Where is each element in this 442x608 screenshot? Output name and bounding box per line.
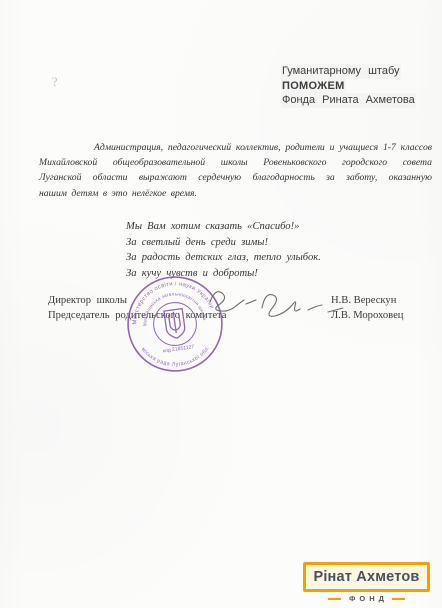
recipient-line-3: Фонда Рината Ахметова bbox=[281, 93, 416, 108]
logo-subtitle-row: ФОНД bbox=[303, 594, 430, 603]
rinat-akhmetov-foundation-logo: Рінат Ахметов ФОНД bbox=[303, 562, 430, 603]
body-line: Администрация, педагогический коллектив,… bbox=[39, 140, 432, 155]
body-line: Луганской области выражают сердечную бла… bbox=[39, 170, 432, 185]
body-line: Михайловской общеобразовательной школы Р… bbox=[39, 155, 432, 170]
body-line: нашим детям в это нелёгкое время. bbox=[39, 186, 432, 201]
signature-title-director: Директор школы bbox=[48, 295, 127, 306]
signature-stroke-tail bbox=[308, 305, 322, 310]
pencil-question-mark: ? bbox=[51, 74, 58, 90]
thanks-line: Мы Вам хотим сказать «Спасибо!» bbox=[126, 219, 321, 235]
stamp-code-text: код 21851127 bbox=[162, 344, 194, 354]
recipient-line-2: ПОМОЖЕМ bbox=[281, 79, 346, 94]
logo-dash-right bbox=[392, 598, 405, 600]
thanks-line: За радость детских глаз, тепло улыбок. bbox=[126, 250, 321, 266]
signature-stroke-dash1 bbox=[246, 300, 256, 304]
scanned-letter-page: ? Гуманитарному штабу ПОМОЖЕМ Фонда Рина… bbox=[0, 0, 442, 608]
signature-stroke-morokhovets bbox=[262, 295, 300, 317]
logo-frame: Рінат Ахметов bbox=[303, 562, 430, 592]
trident-emblem-icon bbox=[164, 309, 186, 340]
logo-dash-left bbox=[328, 598, 341, 600]
logo-fund-text: ФОНД bbox=[345, 594, 388, 603]
logo-name-text: Рінат Ахметов bbox=[313, 569, 419, 585]
signature-stroke-dash2 bbox=[328, 308, 343, 312]
thanks-block: Мы Вам хотим сказать «Спасибо!» За светл… bbox=[126, 219, 321, 281]
signature-stroke-vereskun bbox=[210, 292, 244, 311]
thanks-line: За светлый день среди зимы! bbox=[126, 235, 321, 251]
recipient-line-1: Гуманитарному штабу bbox=[281, 64, 401, 79]
stamp-ring-bottom-text: міська рада Луганської обл. bbox=[139, 337, 213, 372]
letter-body-paragraph: Администрация, педагогический коллектив,… bbox=[39, 140, 432, 201]
recipient-block: Гуманитарному штабу ПОМОЖЕМ Фонда Рината… bbox=[281, 64, 439, 108]
handwritten-signatures bbox=[204, 280, 354, 335]
